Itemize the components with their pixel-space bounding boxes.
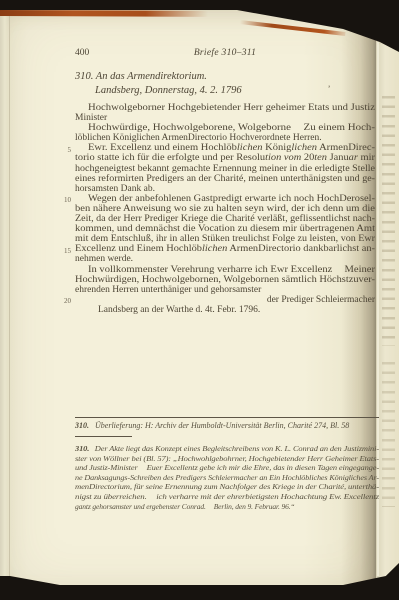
text-segment: lichen [202,244,227,254]
text-segment: Berlin, den 9. Februar. 96.“ [214,502,295,511]
letter-body: Hochwolgeborner Hochgebietender Herr geh… [75,103,375,315]
text-segment: Hochwolgeborner Hochgebietender Herr geh… [88,103,375,113]
page-left-edge [0,10,10,590]
text-segment: gantz gehorsamster und ergebenster Conra… [75,502,206,511]
letter-title: 310. An das Armendirektorium. [75,70,242,84]
margin-line-number: 15 [56,246,71,256]
text-segment: ne Danksagungs-Schreiben des Predigers S… [75,473,379,482]
page-number: 400 [75,48,89,59]
letter-dateline: Landsberg, Donnerstag, 4. 2. 1796 [95,84,242,98]
body-line: horsamsten Dank ab. [75,184,375,194]
text-segment: 310. [75,444,89,453]
body-line: 5Ewr. Excellenz und einem Hochlöblichen … [75,143,375,153]
text-segment: und Justiz-Minister [75,463,138,472]
text-segment: menDirectorium, für seine Ernennung zum … [75,482,379,491]
body-line: Zeit, da der Herr Prediger Kriege die Ch… [75,214,375,224]
text-segment: nigst zu überreichen. [75,492,147,501]
text-segment: Hochwürdige, Hochwolgeborene, Wolgeborne [88,123,291,133]
body-line: eines reformirten Predigers an der Chari… [75,174,375,184]
text-segment: 20 [301,153,314,163]
text-segment: In vollkommenster Verehrung verharre ich… [88,265,332,275]
footnote-line: ster von Wöllner bei (Bl. 57): „Hochwohl… [75,454,379,464]
text-segment: 310. [75,421,89,430]
body-line: 10Wegen der anbefohlenen Gastpredigt erw… [75,194,375,204]
body-line: Hochwürdigen, Hochwolgebornen, Wolgeborn… [75,275,375,285]
margin-line-number: 5 [56,145,71,155]
footnote-line: nigst zu überreichen.ich verharre mit de… [75,492,379,502]
apparatus-rule-short [75,436,132,437]
text-segment: ArmenDirectorio dankbarlichst an- [227,244,375,254]
text-segment: ar [349,153,358,163]
text-segment: lichen [291,143,317,153]
text-segment: ster von Wöllner bei (Bl. 57): „Hochwohl… [75,454,379,463]
body-line: nehmen werde. [75,254,375,264]
editorial-footnote: 310.Der Akte liegt das Konzept eines Beg… [75,444,379,511]
text-segment: König [263,143,292,153]
facing-page-ghost-text [382,96,395,346]
body-line: ben nähere Anweisung wo sie zu halten se… [75,204,375,214]
footnote-line: ne Danksagungs-Schreiben des Predigers S… [75,473,379,483]
book-cover-accent-strip [0,10,208,16]
facing-page-ghost-text [382,362,395,507]
text-segment: nehmen werde. [75,254,133,264]
footnote-line: und Justiz-MinisterEuer Excellentz gebe … [75,463,379,473]
text-segment: ehrenden Herren unterthäniger und gehors… [75,285,261,295]
body-line: In vollkommenster Verehrung verharre ich… [75,265,375,275]
text-segment: Wegen der anbefohlenen Gastpredigt erwar… [88,194,375,204]
text-segment: hochgeneigtest bekannt gemachte Ernennun… [75,164,375,174]
stray-ink-mark: ’ [327,84,330,94]
apparatus-rule-long [75,417,379,418]
margin-line-number: 10 [56,195,71,205]
text-segment: ben nähere Anweisung wo sie zu halten se… [75,204,375,214]
text-segment: Ewr. Excellenz und einem Hochlöb [88,143,237,153]
transmission-note: 310.Überlieferung: H: Archiv der Humbold… [75,421,379,431]
text-segment: Euer Excellentz gebe ich mir die Ehre, d… [147,463,379,472]
text-segment: mit dem Entschluß, ihr in allen Stüken t… [75,234,375,244]
body-line: torio statte ich für die erfolgte und pe… [75,153,375,163]
text-segment: Überlieferung: H: Archiv der Humboldt-Un… [95,421,349,430]
text-segment: lichen [237,143,263,153]
scanned-book-page: 400 Briefe 310–311 310. An das Armendire… [0,0,399,600]
body-line: ehrenden Herren unterthäniger und gehors… [75,285,375,295]
footnote-line: menDirectorium, für seine Ernennung zum … [75,482,379,492]
text-segment: Meiner [345,265,375,275]
margin-line-number: 20 [56,296,71,306]
footnote-line: gantz gehorsamster und ergebenster Conra… [75,502,379,512]
body-line: 15Excellenz und Einem Hochlöblichen Arme… [75,244,375,254]
text-segment: löblichen Königlichen ArmenDirectorio Ho… [75,133,322,143]
text-segment: ich verharre mit der ehrerbietigsten Hoc… [156,492,379,501]
page-header: 400 Briefe 310–311 [75,48,375,60]
text-segment: Excellenz und Einem Hochlöb [75,244,202,254]
text-segment: Zu einem Hoch- [304,123,375,133]
body-line: kommen, und demnächst die Vocation zu di… [75,224,375,234]
letter-heading: 310. An das Armendirektorium. Landsberg,… [75,70,242,98]
text-segment: Landsberg an der Warthe d. 4t. Febr. 179… [98,305,260,315]
text-segment: Minister [75,113,107,123]
text-segment: Janu [327,153,349,163]
running-head: Briefe 310–311 [75,48,375,59]
body-line: Minister [75,113,375,123]
text-segment: kommen, und demnächst die Vocation zu di… [75,224,375,234]
body-line: Landsberg an der Warthe d. 4t. Febr. 179… [75,305,375,315]
text-segment: Zeit, da der Herr Prediger Kriege die Ch… [75,214,375,224]
body-line: Hochwolgeborner Hochgebietender Herr geh… [75,103,375,113]
body-line: mit dem Entschluß, ihr in allen Stüken t… [75,234,375,244]
body-line: Hochwürdige, Hochwolgeborene, Wolgeborne… [75,123,375,133]
text-segment: horsamsten Dank ab. [75,184,155,194]
body-line: 20der Prediger Schleiermacher [75,295,375,305]
transmission-line: 310.Überlieferung: H: Archiv der Humbold… [75,421,379,431]
text-segment: ArmenDirec- [317,143,375,153]
text-segment: ten [314,153,327,163]
text-segment: Der Akte liegt das Konzept eines Begleit… [95,444,379,453]
text-segment: der Prediger Schleiermacher [267,295,375,305]
body-line: löblichen Königlichen ArmenDirectorio Ho… [75,133,375,143]
body-line: hochgeneigtest bekannt gemachte Ernennun… [75,164,375,174]
text-segment: eines reformirten Predigers an der Chari… [75,174,375,184]
text-segment: tion vom [265,153,301,163]
text-segment: Hochwürdigen, Hochwolgebornen, Wolgeborn… [75,275,375,285]
footnote-line: 310.Der Akte liegt das Konzept eines Beg… [75,444,379,454]
text-segment: mir [358,153,375,163]
text-segment: torio statte ich für die erfolgte und pe… [75,153,265,163]
